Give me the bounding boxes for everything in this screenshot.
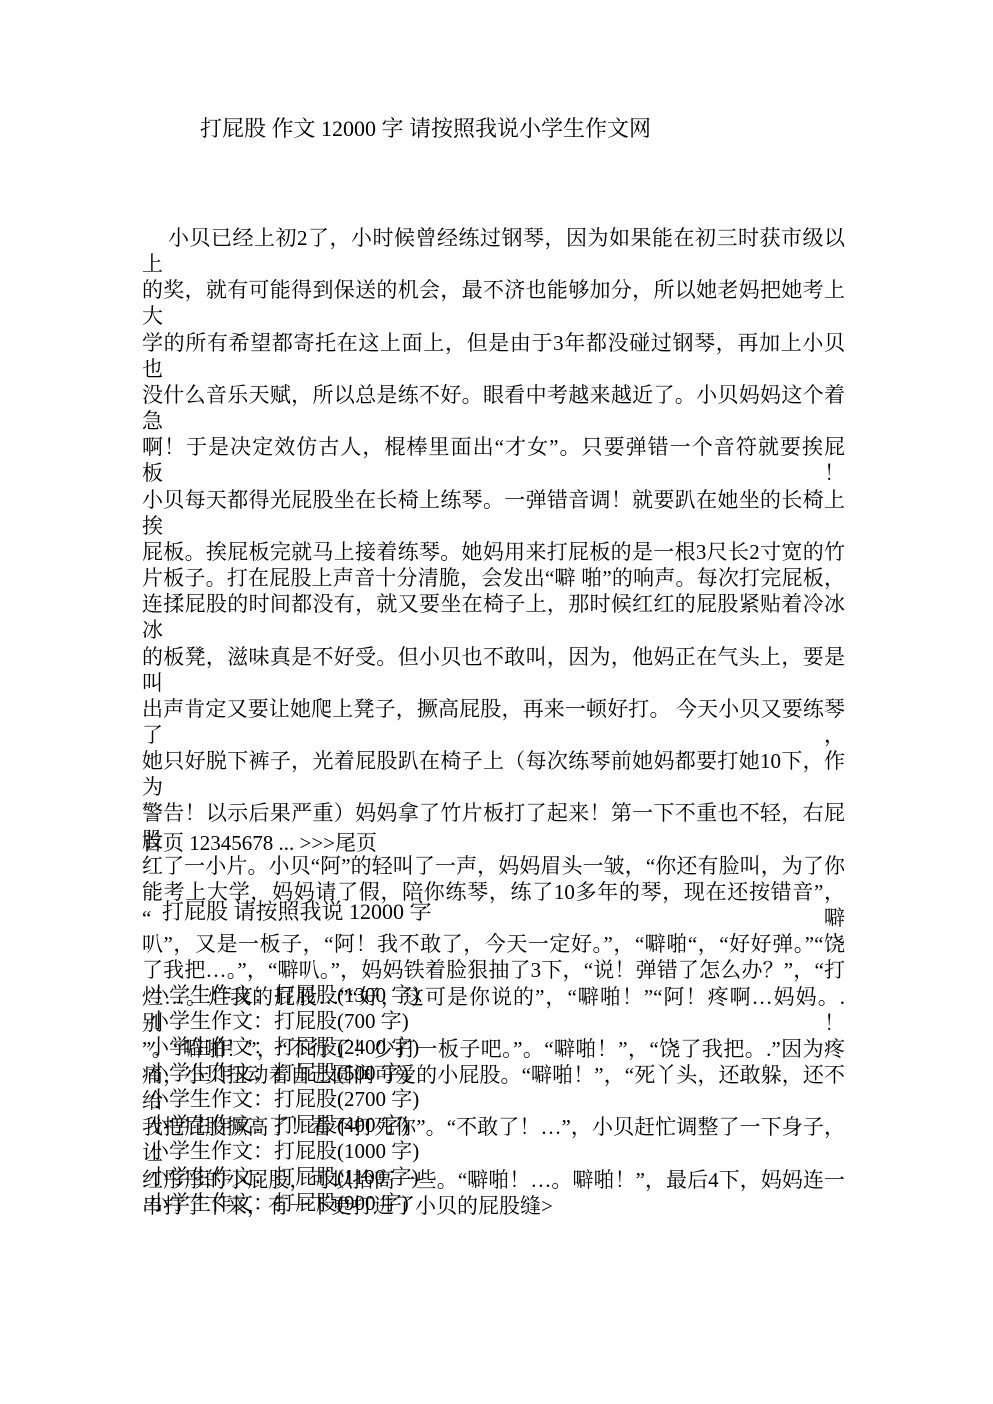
pagination-text: 首页 12345678 ... >>>尾页 — [142, 830, 377, 856]
list-item: 小学生作文：打屁股(400 字) — [148, 1112, 419, 1138]
story-line: 学的所有希望都寄托在这上面上，但是由于3年都没碰过钢琴，再加上小贝也 — [142, 330, 845, 382]
list-item: 小学生作文：打屁股(1000 字) — [148, 1138, 419, 1164]
document-page: 打屁股 作文 12000 字 请按照我说小学生作文网 小贝已经上初2了，小时候曾… — [0, 0, 993, 1404]
story-line: 没什么音乐天赋，所以总是练不好。眼看中考越来越近了。小贝妈妈这个着急 — [142, 382, 845, 434]
list-item: 小学生作文：打屁股(500 字) — [148, 1060, 419, 1086]
story-line: 小贝每天都得光屁股坐在长椅上练琴。一弹错音调！就要趴在她坐的长椅上挨 — [142, 487, 845, 539]
story-line: 啊！于是决定效仿古人，棍棒里面出“才女”。只要弹错一个音符就要挨屁板！ — [142, 434, 845, 486]
list-item: 小学生作文：打屁股(1300 字) — [148, 982, 419, 1008]
list-item: 小学生作文：打屁股(2400 字) — [148, 1034, 419, 1060]
story-line: 屁板。挨屁板完就马上接着练琴。她妈用来打屁板的是一根3尺长2寸宽的竹 — [142, 539, 845, 565]
document-title: 打屁股 作文 12000 字 请按照我说小学生作文网 — [200, 116, 651, 142]
story-line: 的奖，就有可能得到保送的机会，最不济也能够加分，所以她老妈把她考上大 — [142, 277, 845, 329]
list-item: 小学生作文：打屁股(2700 字) — [148, 1086, 419, 1112]
story-line: 红了一小片。小贝“阿”的轻叫了一声，妈妈眉头一皱，“你还有脸叫，为了你 — [142, 853, 845, 879]
story-line: 出声肯定又要让她爬上凳子，撅高屁股，再来一顿好打。 今天小贝又要练琴了， — [142, 696, 845, 748]
list-item: 小学生作文：打屁股(1100 字) — [148, 1164, 419, 1190]
story-line: 叭”，又是一板子，“阿！我不敢了，今天一定好。”，“噼啪“，“好好弹。”“饶 — [142, 931, 845, 957]
list-item: 小学生作文：打屁股(900 字) — [148, 1190, 419, 1216]
list-item: 小学生作文：打屁股(700 字) — [148, 1008, 419, 1034]
story-line: 片板子。打在屁股上声音十分清脆，会发出“噼 啪”的响声。每次打完屁板， — [142, 565, 845, 591]
story-line: 连揉屁股的时间都没有，就又要坐在椅子上，那时候红红的屁股紧贴着冷冰冰 — [142, 591, 845, 643]
story-line: 了我把…。”，“噼叭。”，妈妈铁着脸狠抽了3下，“说！弹错了怎么办？”，“打 — [142, 957, 845, 983]
related-essays-list: 小学生作文：打屁股(1300 字) 小学生作文：打屁股(700 字) 小学生作文… — [148, 982, 419, 1216]
story-line: 她只好脱下裤子，光着屁股趴在椅子上（每次练琴前她妈都要打她10下，作为 — [142, 748, 845, 800]
story-line: 小贝已经上初2了，小时候曾经练过钢琴，因为如果能在初三时获市级以上 — [142, 225, 845, 277]
section-heading: 打屁股 请按照我说 12000 字 — [162, 899, 432, 925]
story-line: 的板凳，滋味真是不好受。但小贝也不敢叫，因为，他妈正在气头上，要是叫 — [142, 644, 845, 696]
